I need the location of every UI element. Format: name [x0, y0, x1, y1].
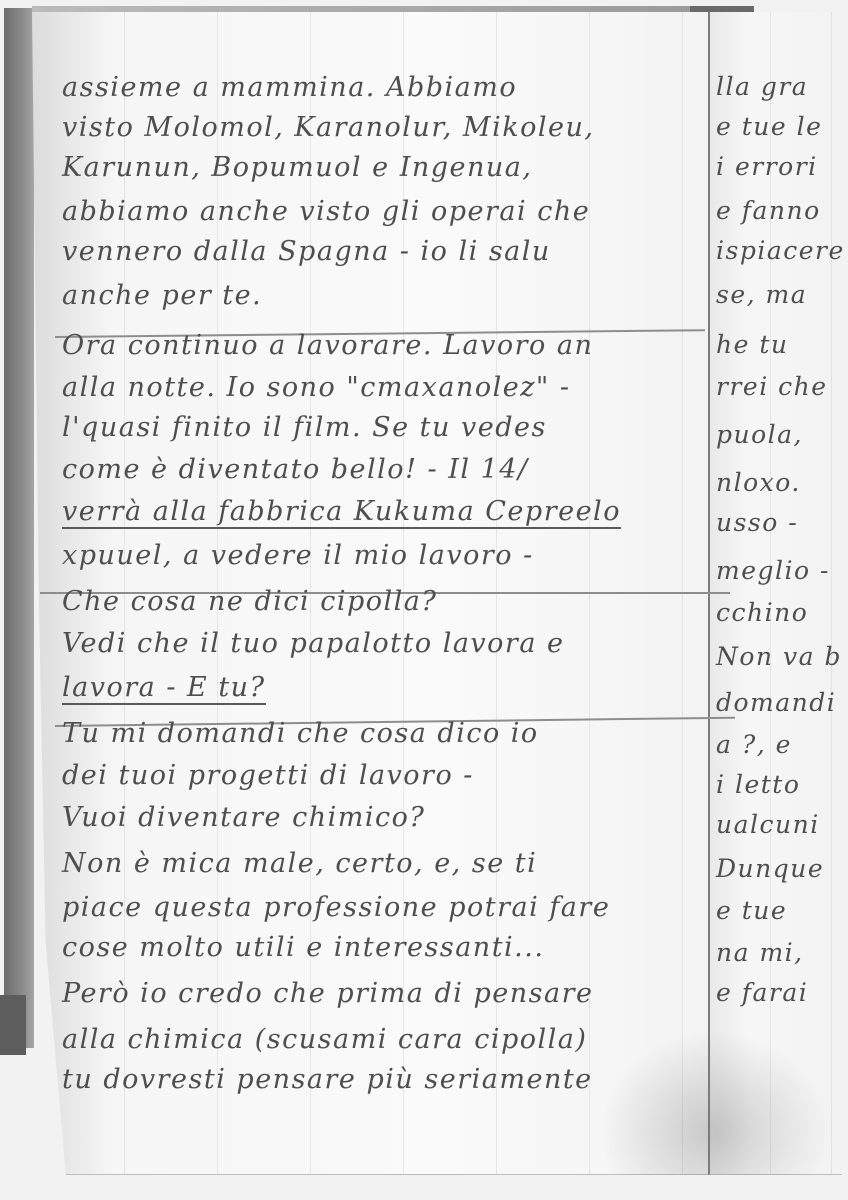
handwritten-line: i letto	[716, 770, 800, 799]
handwritten-line: e fanno	[716, 196, 821, 225]
handwritten-line: a ?, e	[716, 730, 792, 759]
handwritten-line: e farai	[716, 978, 808, 1007]
handwritten-line: Non è mica male, certo, e, se ti	[62, 848, 537, 879]
fold-shadow	[600, 1030, 830, 1175]
handwritten-line: vennero dalla Spagna - io li salu	[62, 236, 551, 267]
binding-edge-lower	[0, 995, 26, 1055]
handwritten-line: nloxo.	[716, 468, 801, 497]
handwritten-line: xpuuel, a vedere il mio lavoro -	[62, 540, 534, 571]
handwritten-line: tu dovresti pensare più seriamente	[62, 1064, 593, 1095]
handwritten-line: l'quasi finito il film. Se tu vedes	[62, 412, 547, 443]
handwritten-line: rrei che	[716, 372, 828, 401]
handwritten-line: ualcuni	[716, 810, 820, 839]
handwritten-line: e tue le	[716, 112, 822, 141]
handwritten-line: alla notte. Io sono "cmaxanolez" -	[62, 372, 571, 403]
handwritten-line: cose molto utili e interessanti...	[62, 932, 544, 963]
binding-edge	[4, 8, 34, 1048]
handwritten-line: meglio -	[716, 556, 830, 585]
handwritten-line: se, ma	[716, 280, 807, 309]
handwritten-line: lla gra	[716, 72, 808, 101]
handwritten-line: i errori	[716, 152, 818, 181]
handwritten-line: Tu mi domandi che cosa dico io	[62, 718, 539, 749]
handwritten-line: Vedi che il tuo papalotto lavora e	[62, 628, 565, 659]
handwritten-line: ispiacere	[716, 236, 845, 265]
handwritten-line: cchino	[716, 598, 808, 627]
handwritten-line: piace questa professione potrai fare	[62, 892, 610, 923]
handwritten-line: puola,	[716, 420, 803, 449]
handwritten-line: lavora - E tu?	[62, 672, 266, 705]
handwritten-line: dei tuoi progetti di lavoro -	[62, 760, 474, 791]
handwritten-line: verrà alla fabbrica Kukuma Cepreelo	[62, 496, 621, 529]
handwritten-line: Vuoi diventare chimico?	[62, 802, 425, 833]
handwritten-line: visto Molomol, Karanolur, Mikoleu,	[62, 112, 594, 143]
handwritten-line: usso -	[716, 508, 798, 537]
handwritten-line: assieme a mammina. Abbiamo	[62, 72, 517, 103]
handwritten-line: anche per te.	[62, 280, 262, 311]
handwritten-line: come è diventato bello! - Il 14/	[62, 454, 529, 485]
handwritten-line: na mi,	[716, 938, 804, 967]
handwritten-line: abbiamo anche visto gli operai che	[62, 196, 590, 227]
handwritten-line: Non va b	[716, 642, 842, 671]
handwritten-line: Dunque	[716, 854, 824, 883]
handwritten-line: Karunun, Bopumuol e Ingenua,	[62, 152, 532, 183]
handwritten-line: e tue	[716, 896, 787, 925]
handwritten-line: Ora continuo a lavorare. Lavoro an	[62, 330, 593, 361]
paper-top-edge	[32, 6, 722, 12]
handwritten-line: alla chimica (scusami cara cipolla)	[62, 1024, 587, 1055]
handwritten-line: he tu	[716, 330, 789, 359]
handwritten-line: Che cosa ne dici cipolla?	[62, 586, 437, 617]
handwritten-line: domandi	[716, 688, 836, 717]
scanned-letter: assieme a mammina. Abbiamovisto Molomol,…	[0, 0, 848, 1200]
handwritten-line: Però io credo che prima di pensare	[62, 978, 593, 1009]
